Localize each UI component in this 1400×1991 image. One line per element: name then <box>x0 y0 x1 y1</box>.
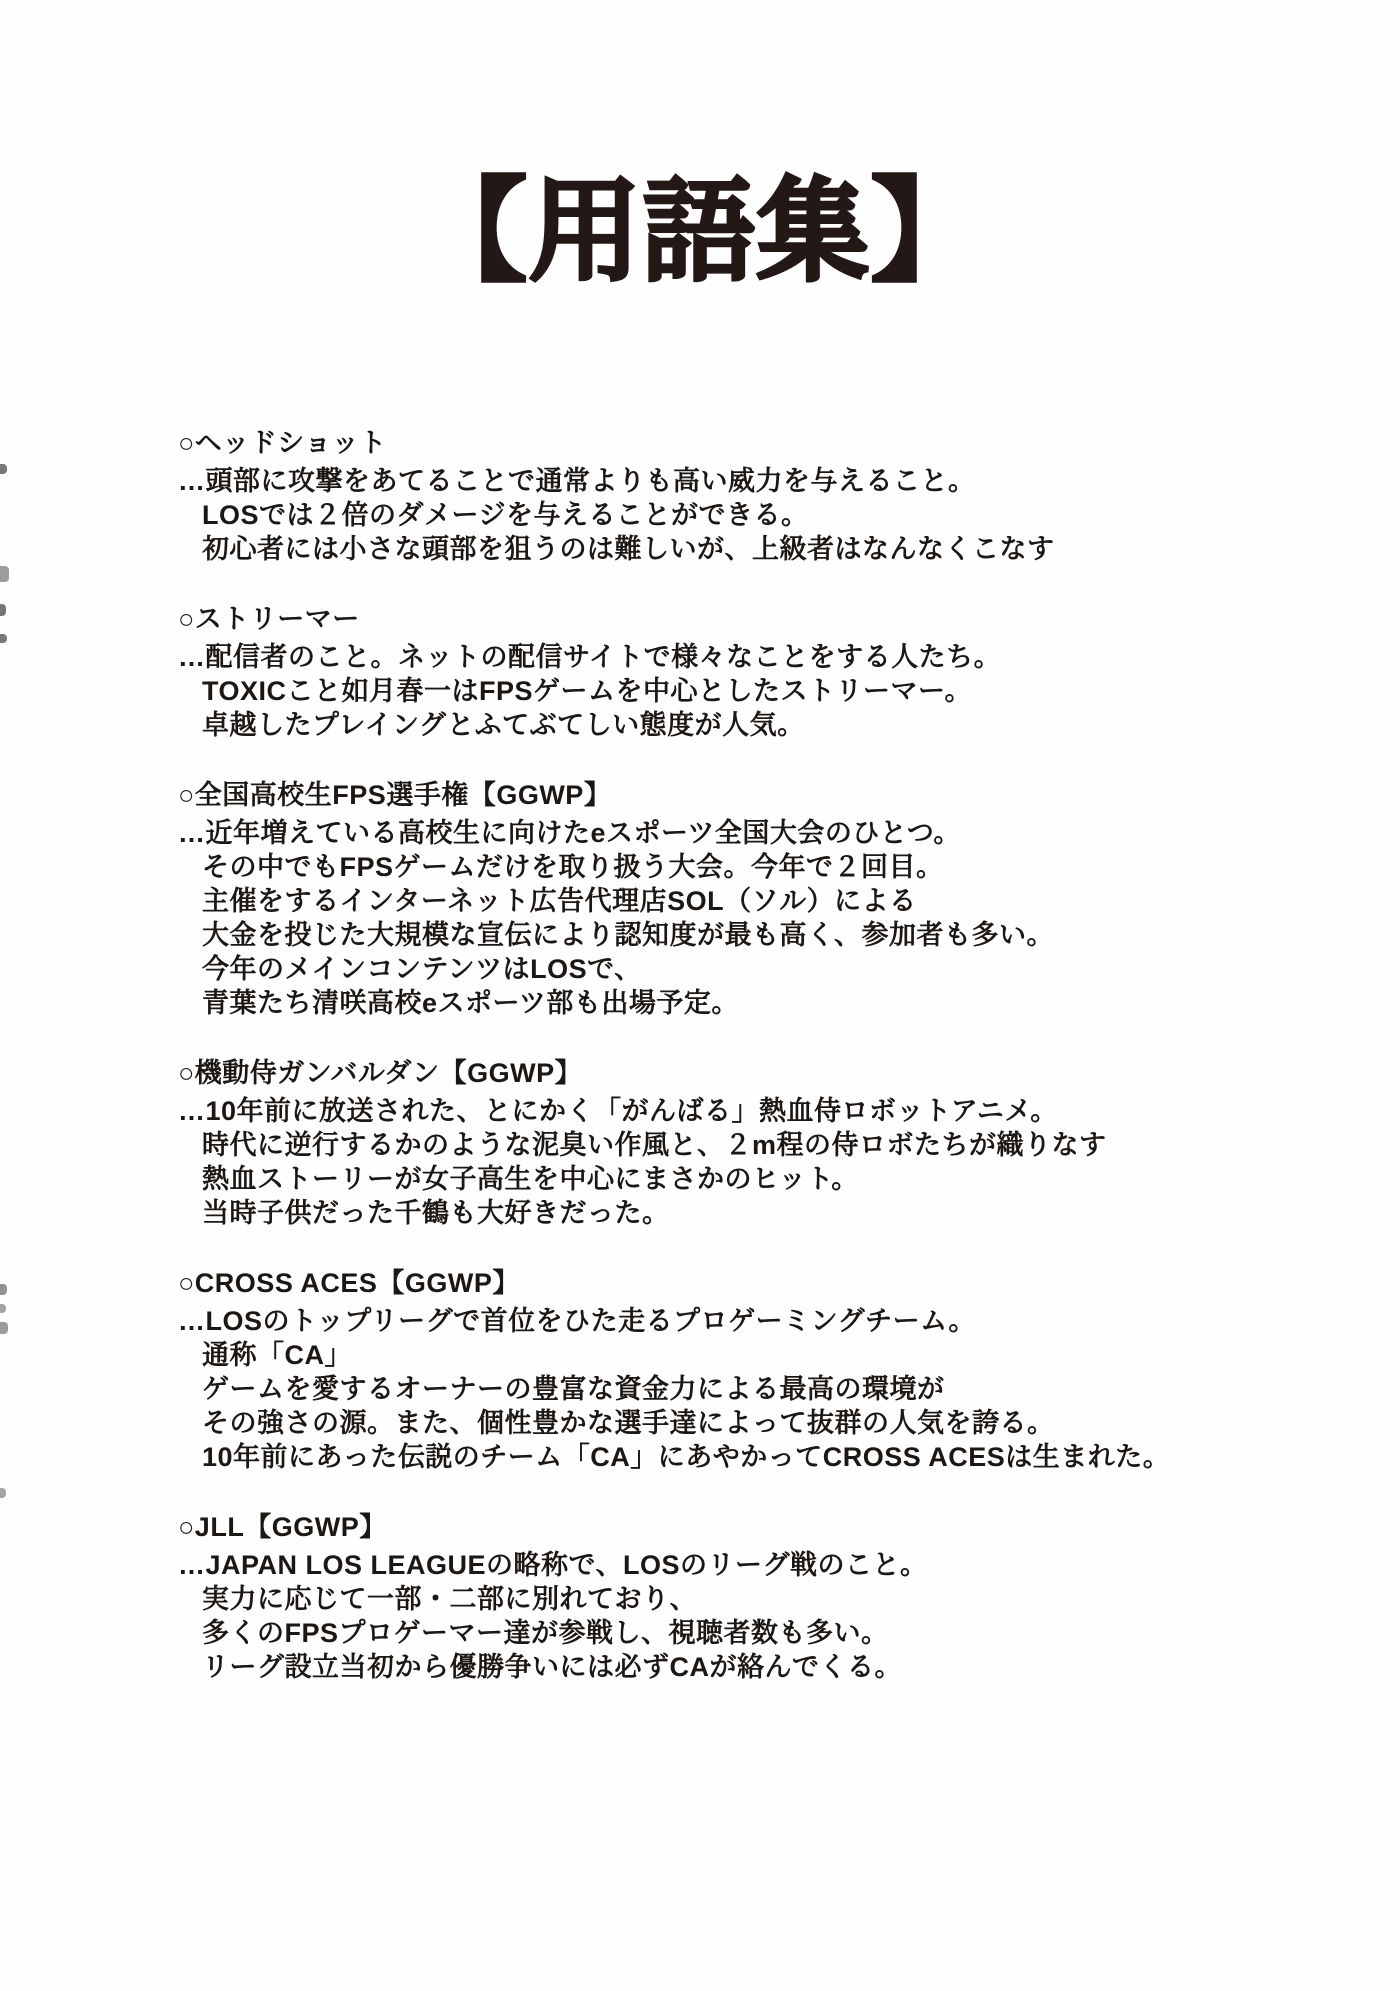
page-title: 【用語集】 <box>0 170 1400 293</box>
glossary-definition-line: 多くのFPSプロゲーマー達が参戦し、視聴者数も多い。 <box>178 1616 1258 1650</box>
glossary-term: ○CROSS ACES【GGWP】 <box>178 1266 1258 1300</box>
glossary-definition-line: 通称「CA」 <box>178 1338 1258 1372</box>
glossary-entry: ○CROSS ACES【GGWP】…LOSのトップリーグで首位をひた走るプロゲー… <box>178 1266 1258 1474</box>
glossary-definition-line: TOXICこと如月春一はFPSゲームを中心としたストリーマー。 <box>178 674 1258 708</box>
scan-artifact <box>0 566 9 582</box>
glossary-definition-line: 青葉たち清咲高校eスポーツ部も出場予定。 <box>178 986 1258 1020</box>
glossary-entry: ○機動侍ガンバルダン【GGWP】…10年前に放送された、とにかく「がんばる」熱血… <box>178 1056 1258 1230</box>
glossary-definition-lead: …JAPAN LOS LEAGUEの略称で、LOSのリーグ戦のこと。 <box>178 1548 1258 1582</box>
scan-artifact <box>0 464 7 474</box>
glossary-definition-line: 熱血ストーリーが女子高生を中心にまさかのヒット。 <box>178 1162 1258 1196</box>
glossary-term: ○機動侍ガンバルダン【GGWP】 <box>178 1056 1258 1090</box>
glossary-definition-lead: …10年前に放送された、とにかく「がんばる」熱血侍ロボットアニメ。 <box>178 1094 1258 1128</box>
glossary-definition-line: 時代に逆行するかのような泥臭い作風と、２m程の侍ロボたちが織りなす <box>178 1128 1258 1162</box>
glossary-definition-line: 10年前にあった伝説のチーム「CA」にあやかってCROSS ACESは生まれた。 <box>178 1440 1258 1474</box>
glossary-definition-lead: …配信者のこと。ネットの配信サイトで様々なことをする人たち。 <box>178 640 1258 674</box>
glossary-term: ○ストリーマー <box>178 602 1258 636</box>
glossary-definition-line: リーグ設立当初から優勝争いには必ずCAが絡んでくる。 <box>178 1650 1258 1684</box>
glossary-entry: ○ストリーマー…配信者のこと。ネットの配信サイトで様々なことをする人たち。TOX… <box>178 602 1258 742</box>
scan-artifact <box>0 1322 8 1334</box>
glossary-list: ○ヘッドショット…頭部に攻撃をあてることで通常よりも高い威力を与えること。LOS… <box>178 426 1258 1720</box>
glossary-definition-lead: …近年増えている高校生に向けたeスポーツ全国大会のひとつ。 <box>178 816 1258 850</box>
glossary-definition-line: 大金を投じた大規模な宣伝により認知度が最も高く、参加者も多い。 <box>178 918 1258 952</box>
glossary-definition-line: 当時子供だった千鶴も大好きだった。 <box>178 1196 1258 1230</box>
glossary-definition-line: 今年のメインコンテンツはLOSで、 <box>178 952 1258 986</box>
glossary-entry: ○全国高校生FPS選手権【GGWP】…近年増えている高校生に向けたeスポーツ全国… <box>178 778 1258 1020</box>
glossary-definition-lead: …LOSのトップリーグで首位をひた走るプロゲーミングチーム。 <box>178 1304 1258 1338</box>
scan-artifact <box>0 604 6 616</box>
glossary-term: ○JLL【GGWP】 <box>178 1510 1258 1544</box>
glossary-definition-line: 実力に応じて一部・二部に別れており、 <box>178 1582 1258 1616</box>
glossary-definition-line: その中でもFPSゲームだけを取り扱う大会。今年で２回目。 <box>178 850 1258 884</box>
scan-artifact <box>0 634 7 643</box>
glossary-definition-lead: …頭部に攻撃をあてることで通常よりも高い威力を与えること。 <box>178 464 1258 498</box>
glossary-entry: ○JLL【GGWP】…JAPAN LOS LEAGUEの略称で、LOSのリーグ戦… <box>178 1510 1258 1684</box>
glossary-term: ○ヘッドショット <box>178 426 1258 460</box>
glossary-entry: ○ヘッドショット…頭部に攻撃をあてることで通常よりも高い威力を与えること。LOS… <box>178 426 1258 566</box>
glossary-definition-line: 主催をするインターネット広告代理店SOL（ソル）による <box>178 884 1258 918</box>
scan-artifact <box>0 1284 7 1295</box>
glossary-definition-line: その強さの源。また、個性豊かな選手達によって抜群の人気を誇る。 <box>178 1406 1258 1440</box>
glossary-definition-line: LOSでは２倍のダメージを与えることができる。 <box>178 498 1258 532</box>
glossary-term: ○全国高校生FPS選手権【GGWP】 <box>178 778 1258 812</box>
scan-artifact <box>0 1304 6 1313</box>
glossary-definition-line: 初心者には小さな頭部を狙うのは難しいが、上級者はなんなくこなす <box>178 532 1258 566</box>
glossary-definition-line: 卓越したプレイングとふてぶてしい態度が人気。 <box>178 708 1258 742</box>
scan-artifact <box>0 1488 6 1498</box>
glossary-definition-line: ゲームを愛するオーナーの豊富な資金力による最高の環境が <box>178 1372 1258 1406</box>
glossary-page: 【用語集】 ○ヘッドショット…頭部に攻撃をあてることで通常よりも高い威力を与える… <box>0 0 1400 1991</box>
